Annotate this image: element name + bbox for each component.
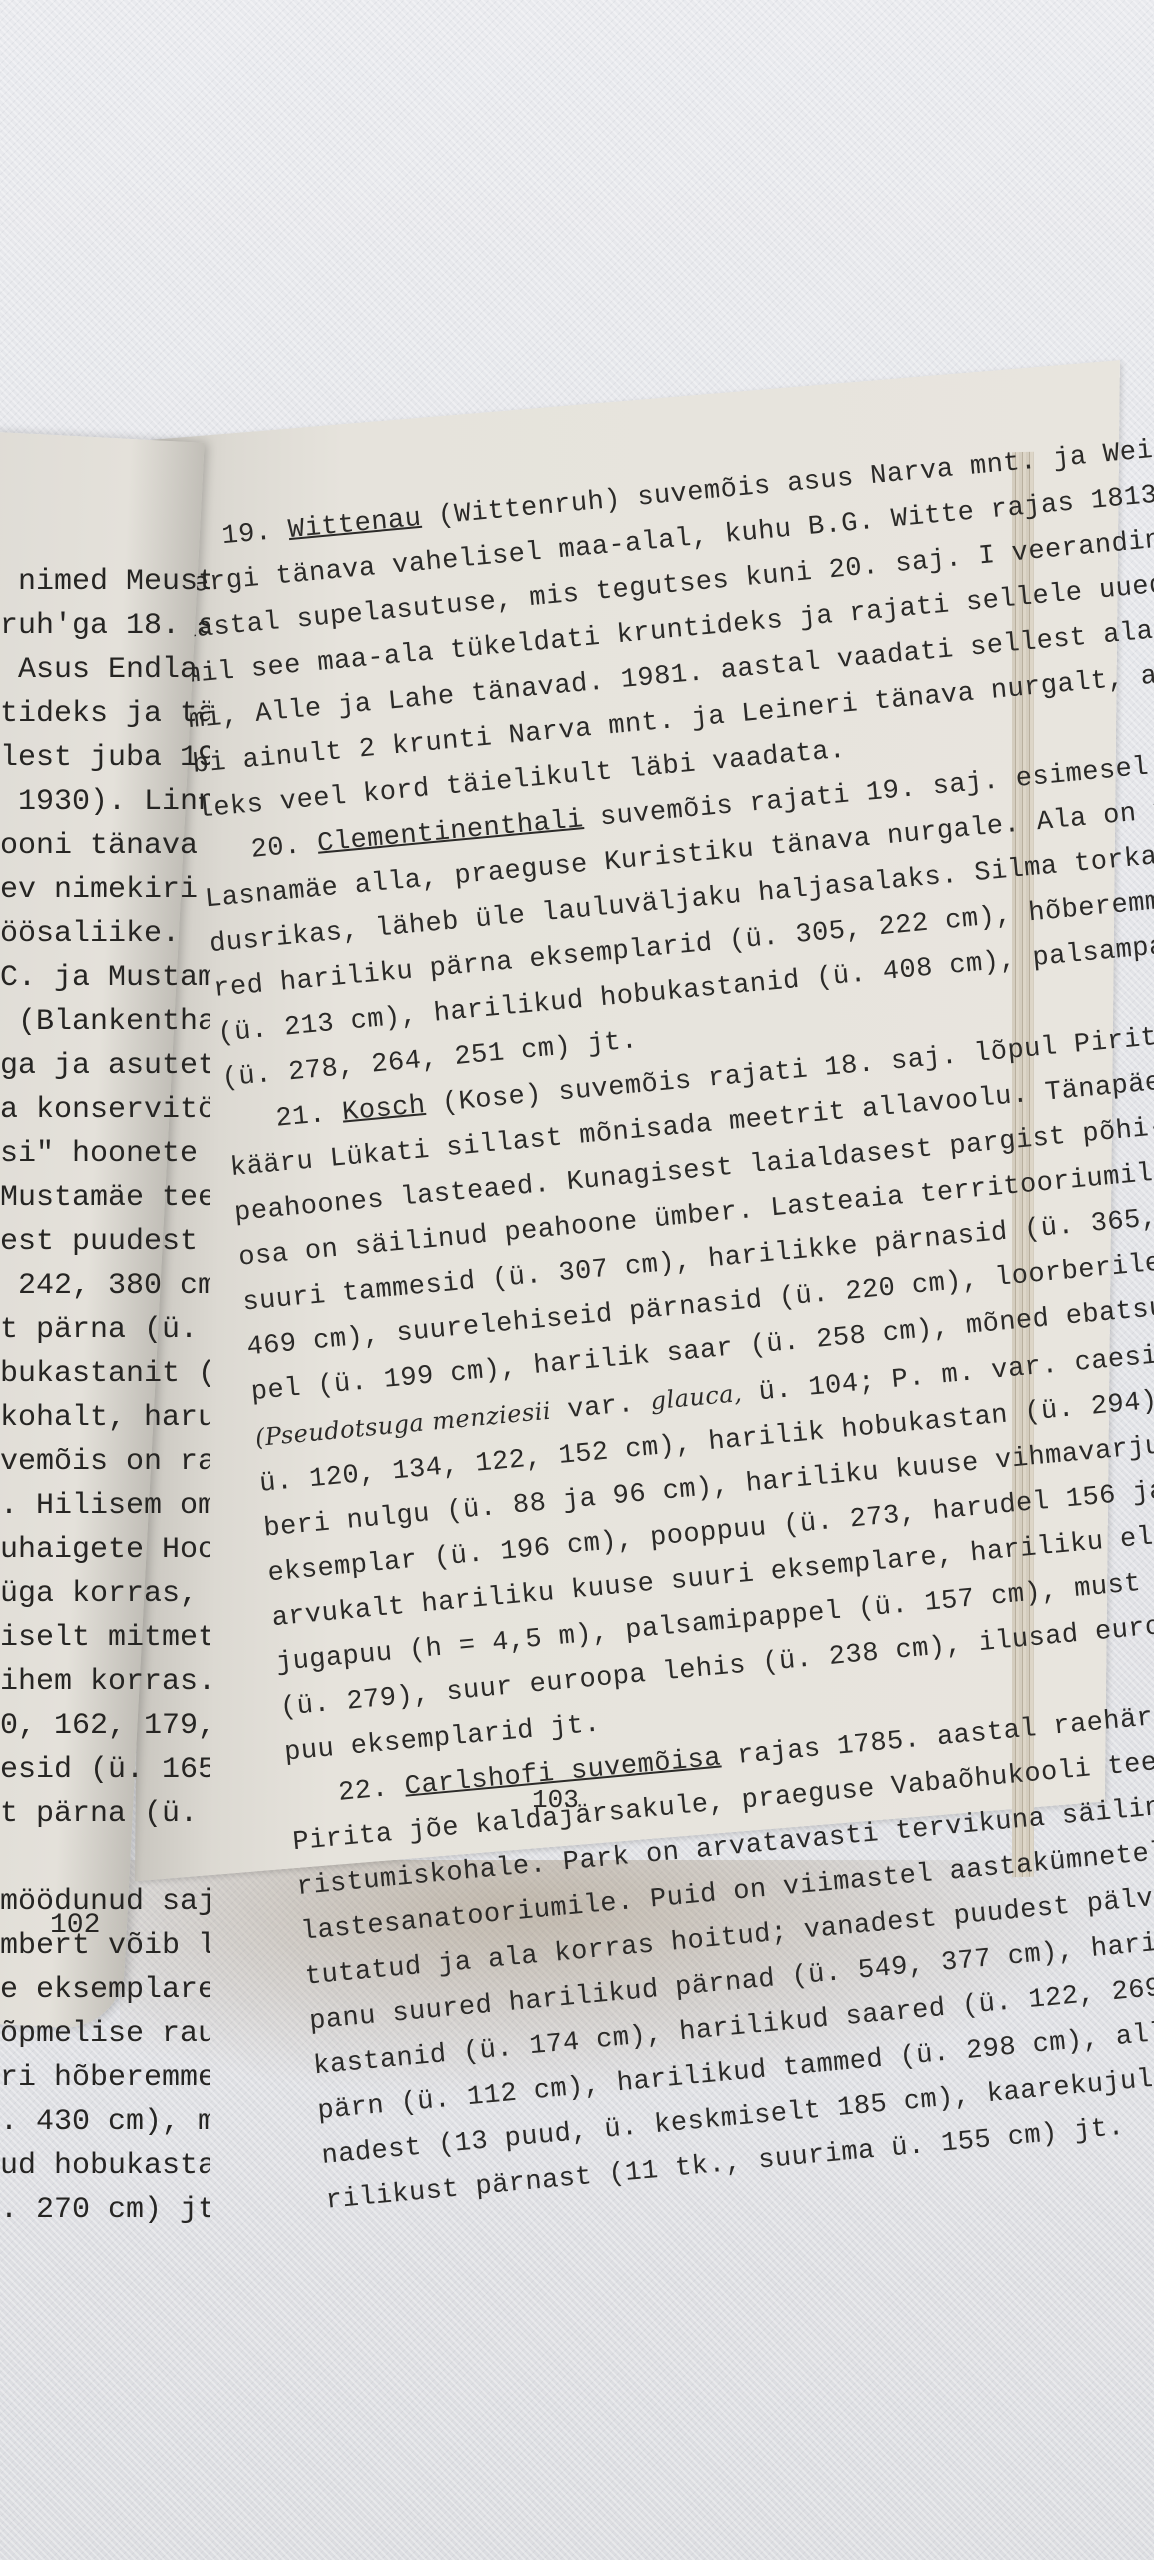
section-title: Kosch: [341, 1091, 427, 1129]
text-line: vemõis on rajatud 19.: [0, 1440, 210, 1484]
text-line: ooni tänava nurgal),: [0, 824, 210, 868]
text-line: kohalt, harud 197,: [0, 1396, 210, 1440]
text-line: . 430 cm), mõned suured: [0, 2100, 210, 2144]
text-line: 242, 380 cm), jämeda: [0, 1264, 210, 1308]
text-line: iselt mitmete eksootiliste: [0, 1616, 210, 1660]
text-line: üga korras, viimastel: [0, 1572, 210, 1616]
text-line: . 270 cm) jt.: [0, 2188, 210, 2232]
page-number-right: 103: [532, 1785, 579, 1815]
text-line: si" hoonete all ja: [0, 1132, 210, 1176]
text-line: a konservitööstus,: [0, 1088, 210, 1132]
text-line: ud hobukastanid (ü. 24: [0, 2144, 210, 2188]
text-line: t pärna (ü. 252 cm),: [0, 1308, 210, 1352]
text-line: Asus Endla tänava: [0, 648, 210, 692]
text-line: e eksemplare. Asub Narva: [0, 1968, 210, 2012]
text-line: [0, 1836, 210, 1880]
text-line: Mustamäe tee nurgal,: [0, 1176, 210, 1220]
text-line: bukastanit (ü. 282 cm): [0, 1352, 210, 1396]
section-title: Wittenau: [287, 504, 423, 546]
text-line: est puudest võiks: [0, 1220, 210, 1264]
text-line: lest juba 1920ndate: [0, 736, 210, 780]
right-page-text: 19. Wittenau (Wittenruh) suvemõis asus N…: [170, 446, 1125, 2225]
text-line: nimed Meusterruh: [0, 560, 210, 604]
text-line: öösaliike.: [0, 912, 210, 956]
text-line: (Blankenthal,: [0, 1000, 210, 1044]
text-line: 0, 162, 179, 234 cm),: [0, 1704, 210, 1748]
text-line: mbert võib leida üksiku: [0, 1924, 210, 1968]
page-number-left: 102: [50, 1910, 100, 1941]
text-line: t pärna (ü. keskm. 134: [0, 1792, 210, 1836]
text-line: ihem korras. Suurtest: [0, 1660, 210, 1704]
text-line: tideks ja täieesti: [0, 692, 210, 736]
text-line: õpmelise raudtee lõpp: [0, 2012, 210, 2056]
text-line: ev nimekiri kajastab: [0, 868, 210, 912]
text-line: uhaigete Hoolekande: [0, 1528, 210, 1572]
text-line: möödunud sajandil ja: [0, 1880, 210, 1924]
text-line: C. ja Mustamäe tee: [0, 956, 210, 1000]
left-page-text: nimed Meusterruhruh'ga 18. saj. lõpul As…: [0, 560, 210, 2232]
text-line: ruh'ga 18. saj. lõpul: [0, 604, 210, 648]
text-line: 1930). Linna poolt: [0, 780, 210, 824]
text-line: esid (ü. 165, 177 cm),: [0, 1748, 210, 1792]
text-line: ri hõberemmelgaid (ü.: [0, 2056, 210, 2100]
text-line: . Hilisem omanik Maria: [0, 1484, 210, 1528]
text-line: ga ja asuteti siia: [0, 1044, 210, 1088]
